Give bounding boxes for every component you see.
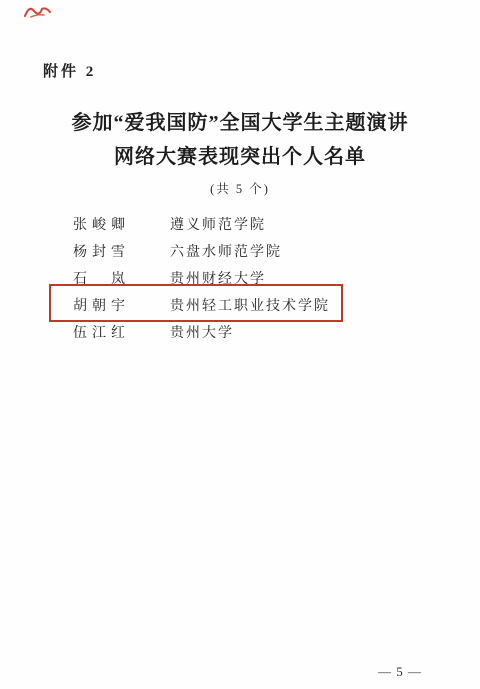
school-name: 贵州财经大学 bbox=[170, 271, 266, 289]
title-line-2: 网络大赛表现突出个人名单 bbox=[0, 140, 480, 174]
red-scribble-annotation-icon bbox=[23, 3, 53, 20]
list-item: 张峻卿 遵义师范学院 bbox=[73, 217, 413, 244]
winner-list: 张峻卿 遵义师范学院 杨封雪 六盘水师范学院 石 岚 贵州财经大学 胡朝宇 贵州… bbox=[73, 217, 413, 352]
count-note: (共 5 个) bbox=[0, 179, 480, 197]
person-name: 伍江红 bbox=[73, 325, 170, 343]
person-name: 杨封雪 bbox=[73, 244, 170, 262]
document-title: 参加“爱我国防”全国大学生主题演讲 网络大赛表现突出个人名单 bbox=[0, 106, 480, 174]
title-line-1: 参加“爱我国防”全国大学生主题演讲 bbox=[0, 106, 480, 140]
list-item-highlighted: 胡朝宇 贵州轻工职业技术学院 bbox=[73, 298, 413, 325]
attachment-label: 附件 2 bbox=[43, 60, 96, 81]
school-name: 贵州大学 bbox=[170, 325, 234, 343]
list-item: 伍江红 贵州大学 bbox=[73, 325, 413, 352]
school-name: 六盘水师范学院 bbox=[170, 244, 282, 262]
list-item: 杨封雪 六盘水师范学院 bbox=[73, 244, 413, 271]
page-number: — 5 — bbox=[370, 664, 430, 680]
list-item: 石 岚 贵州财经大学 bbox=[73, 271, 413, 298]
person-name: 石 岚 bbox=[73, 271, 170, 289]
school-name: 贵州轻工职业技术学院 bbox=[170, 298, 330, 316]
document-page: 附件 2 参加“爱我国防”全国大学生主题演讲 网络大赛表现突出个人名单 (共 5… bbox=[0, 0, 480, 689]
person-name: 胡朝宇 bbox=[73, 298, 170, 316]
school-name: 遵义师范学院 bbox=[170, 217, 266, 235]
person-name: 张峻卿 bbox=[73, 217, 170, 235]
